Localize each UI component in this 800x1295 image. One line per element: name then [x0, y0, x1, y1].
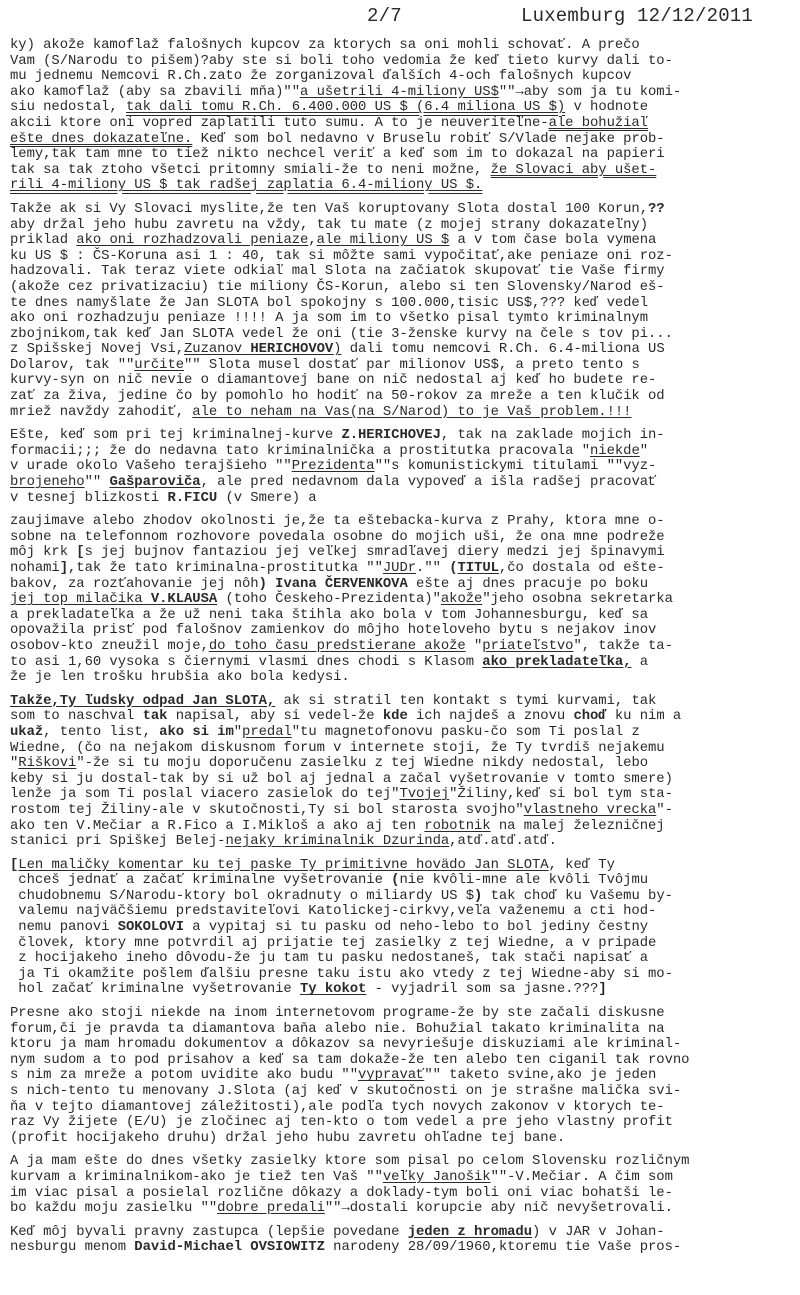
- text-segment: som to naschval: [10, 708, 143, 724]
- text-line: (akože cez privatizaciu) tie miliony ČS-…: [10, 280, 795, 296]
- text-line: nemu panovi SOKOLOVI a vypitaj si tu pas…: [10, 920, 795, 936]
- text-segment: ": [234, 724, 242, 740]
- text-segment: ": [640, 443, 648, 459]
- text-line: [Len maličky komentar ku tej paske Ty pr…: [10, 858, 795, 874]
- emphasized-text: Z.HERICHOVEJ: [341, 427, 440, 443]
- text-segment: "Žiliny,keď si bol tym sta-: [449, 786, 673, 802]
- text-segment: bo každu moju zasielku "": [10, 1200, 217, 1216]
- emphasized-text: a ušetrili 4-miliony US$: [300, 84, 499, 100]
- text-segment: ""→dostali korupcie aby nič nevyšetroval…: [325, 1200, 673, 1216]
- text-segment: zaujimave alebo zhodov okolnosti je,že t…: [10, 513, 665, 529]
- text-line: mu jednemu Nemcovi R.Ch.zato že zorganiz…: [10, 69, 795, 85]
- emphasized-text: ešte dnes dokazateľne.: [10, 131, 192, 147]
- emphasized-text: Takže,Ty ľudsky odpad Jan SLOTA,: [10, 693, 275, 709]
- text-segment: rostom tej Žiliny-ale v skutočnosti,Ty s…: [10, 802, 524, 818]
- text-segment: - vyjadril som sa jasne.???: [366, 981, 598, 997]
- text-line: bo každu moju zasielku ""dobre predali""…: [10, 1201, 795, 1217]
- text-segment: s jej bujnov fantaziou jej veľkej smradľ…: [85, 544, 665, 560]
- text-line: kurvy-syn on nič nevie o diamantovej ban…: [10, 373, 795, 389]
- text-line: forum,či je pravda ta diamantova baňa al…: [10, 1022, 795, 1038]
- text-segment: Keď som bol nedavno v Bruselu robiť S/Vl…: [192, 131, 664, 147]
- text-line: chceš jednať a začať kriminalne vyšetrov…: [10, 873, 795, 889]
- emphasized-text: JUDr: [383, 560, 416, 576]
- text-line: s nich-tento tu menovany J.Slota (aj keď…: [10, 1084, 795, 1100]
- text-line: tak sa tak ztoho všetci pritomny smiali-…: [10, 163, 795, 179]
- text-segment: nesburgu menom: [10, 1239, 134, 1255]
- text-segment: ky) akože kamoflaž falošnych kupcov za k…: [10, 37, 640, 53]
- text-segment: stanici pri Spiškej Belej-: [10, 833, 225, 849]
- page-header: 2/7 Luxemburg 12/12/2011: [0, 5, 800, 29]
- emphasized-text: jeden z hromadu: [408, 1224, 532, 1240]
- text-segment: formacii;;; že do nedavna tato kriminaln…: [10, 443, 590, 459]
- text-line: opovažila prisť pod falošnov zamienkov d…: [10, 623, 795, 639]
- text-line: Ešte, keď som pri tej kriminalnej-kurve …: [10, 428, 795, 444]
- text-line: nohami],tak že tato kriminalna-prostitut…: [10, 561, 795, 577]
- text-line: a prekladateľka a že už neni taka štihla…: [10, 608, 795, 624]
- emphasized-text: tak dali tomu R.Ch. 6.400.000 US $ (6.4 …: [126, 99, 565, 115]
- emphasized-text: kde: [383, 708, 408, 724]
- text-segment: sobne na telefonnom rozhovore povedala o…: [10, 529, 665, 545]
- text-segment: , keď Ty: [549, 857, 615, 873]
- text-segment: zať za živa, jedine čo by pomohlo ho hod…: [10, 388, 665, 404]
- text-segment: [267, 576, 275, 592]
- emphasized-text: ako oni rozhadzovali peniaze: [76, 232, 308, 248]
- text-segment: zbojnikom,tak keď Jan SLOTA vedel že oni…: [10, 326, 673, 342]
- text-segment: mu jednemu Nemcovi R.Ch.zato že zorganiz…: [10, 68, 631, 84]
- emphasized-text: Gašparoviča: [109, 474, 200, 490]
- emphasized-text: jej top milačika: [10, 591, 151, 607]
- emphasized-text: ako prekladateľka,: [482, 654, 631, 670]
- text-segment: ) v JAR v Johan-: [532, 1224, 665, 1240]
- text-line: to asi 1,60 vysoka s čiernymi vlasmi dne…: [10, 655, 795, 671]
- text-segment: ako kamoflaž (aby sa zbavili mňa)"": [10, 84, 300, 100]
- text-line: A ja mam ešte do dnes všetky zasielky kt…: [10, 1154, 795, 1170]
- text-segment: ,atď.atď.atď.: [449, 833, 557, 849]
- text-line: môj krk [s jej bujnov fantaziou jej veľk…: [10, 545, 795, 561]
- text-segment: chceš jednať a začať kriminalne vyšetrov…: [10, 872, 391, 888]
- text-segment: a prekladateľka a že už neni taka štihla…: [10, 607, 648, 623]
- emphasized-text: ale miliony US $: [317, 232, 450, 248]
- emphasized-text: tak: [143, 708, 168, 724]
- text-segment: (profit hocijakeho druhu) držal jeho hub…: [10, 1130, 565, 1146]
- paragraph: Keď môj byvali pravny zastupca (lepšie p…: [10, 1225, 795, 1256]
- paragraph: Ešte, keď som pri tej kriminalnej-kurve …: [10, 428, 795, 506]
- text-line: ktoru ja mam hromadu dokumentov a dôkazo…: [10, 1037, 795, 1053]
- text-segment: nie kvôli-mne ale kvôli Tvôjmu: [399, 872, 648, 888]
- text-segment: osobov-kto zneužil moje,: [10, 638, 209, 654]
- text-segment: napisal, aby si vedel-že: [167, 708, 382, 724]
- emphasized-text: veľky Janošik: [383, 1169, 491, 1185]
- text-line: rili 4-miliony US $ tak radšej zaplatia …: [10, 178, 795, 194]
- text-line: priklad ako oni rozhadzovali peniaze,ale…: [10, 233, 795, 249]
- text-segment: nohami: [10, 560, 60, 576]
- text-line: "Riškovi"-že si tu moju doporučenu zasie…: [10, 756, 795, 772]
- text-segment: ": [466, 638, 483, 654]
- text-line: ukaž, tento list, ako si im"predal"tu ma…: [10, 725, 795, 741]
- emphasized-text: vlastneho vrecka: [524, 802, 657, 818]
- text-line: v urade okolo Vašeho terajšieho ""Prezid…: [10, 459, 795, 475]
- letter-body: ky) akože kamoflaž falošnych kupcov za k…: [10, 38, 795, 1256]
- text-line: že je len trošku hrubšia ako bola kedysi…: [10, 670, 795, 686]
- emphasized-text: ): [259, 576, 267, 592]
- text-segment: Takže ak si Vy Slovaci myslite,že ten Va…: [10, 201, 648, 217]
- text-line: Takže ak si Vy Slovaci myslite,že ten Va…: [10, 202, 795, 218]
- text-segment: nemu panovi: [10, 919, 118, 935]
- text-line: Wiedne, (čo na nejakom diskusnom forum v…: [10, 741, 795, 757]
- text-line: Keď môj byvali pravny zastupca (lepšie p…: [10, 1225, 795, 1241]
- text-segment: ,tak že tato kriminalna-prostitutka "": [68, 560, 383, 576]
- emphasized-text: Ivana ČERVENKOVA: [275, 576, 408, 592]
- paragraph: Presne ako stoji niekde na inom internet…: [10, 1006, 795, 1146]
- text-segment: človek, ktory mne potvrdil aj prijatie t…: [10, 935, 656, 951]
- paragraph: zaujimave alebo zhodov okolnosti je,že t…: [10, 514, 795, 686]
- emphasized-text: R.FICU: [167, 490, 217, 506]
- text-segment: na malej železničnej: [491, 818, 665, 834]
- text-segment: narodeny 28/09/1960,ktoremu tie Vaše pro…: [325, 1239, 681, 1255]
- text-segment: te dnes namyšlate že Jan SLOTA bol spoko…: [10, 295, 648, 311]
- text-segment: Ešte, keď som pri tej kriminalnej-kurve: [10, 427, 341, 443]
- text-segment: ešte aj dnes pracuje po boku: [408, 576, 648, 592]
- text-line: sobne na telefonnom rozhovore povedala o…: [10, 530, 795, 546]
- text-segment: raz Vy žijete (E/U) je zločinec aj ten-k…: [10, 1114, 673, 1130]
- text-segment: "jeho osobna sekretarka: [482, 591, 673, 607]
- text-line: ňa v tejto diamantovej záležitosti),ale …: [10, 1100, 795, 1116]
- text-line: z Spišskej Novej Vsi,Zuzanov HERICHOVOV)…: [10, 342, 795, 358]
- text-line: stanici pri Spiškej Belej-nejaky krimina…: [10, 834, 795, 850]
- emphasized-text: niekde: [590, 443, 640, 459]
- text-line: Presne ako stoji niekde na inom internet…: [10, 1006, 795, 1022]
- text-line: som to naschval tak napisal, aby si vede…: [10, 709, 795, 725]
- text-segment: keby si ju dostal-tak by si už bol aj je…: [10, 771, 673, 787]
- text-line: zbojnikom,tak keď Jan SLOTA vedel že oni…: [10, 327, 795, 343]
- text-segment: kurvam a kriminalnikom-ako je tiež ten V…: [10, 1169, 383, 1185]
- text-line: ako ten V.Mečiar a R.Fico a I.Mikloš a a…: [10, 819, 795, 835]
- text-segment: kurvy-syn on nič nevie o diamantovej ban…: [10, 372, 656, 388]
- text-line: ku US $ : ČS-Koruna asi 1 : 40, tak si m…: [10, 249, 795, 265]
- text-segment: a: [631, 654, 648, 670]
- emphasized-text: V.KLAUSA: [151, 591, 217, 607]
- text-segment: , tak na zaklade mojich in-: [441, 427, 665, 443]
- text-line: jej top milačika V.KLAUSA (toho Českeho-…: [10, 592, 795, 608]
- text-line: raz Vy žijete (E/U) je zločinec aj ten-k…: [10, 1115, 795, 1131]
- emphasized-text: HERICHOVOV: [250, 341, 333, 357]
- text-line: zať za živa, jedine čo by pomohlo ho hod…: [10, 389, 795, 405]
- emphasized-text: Tvojej: [399, 786, 449, 802]
- emphasized-text: ]: [60, 560, 68, 576]
- text-line: Dolarov, tak ""určite"" Slota musel dost…: [10, 358, 795, 374]
- text-line: hol začať kriminalne vyšetrovanie Ty kok…: [10, 982, 795, 998]
- text-segment: priklad: [10, 232, 76, 248]
- emphasized-text: ale to neham na Vas(na S/Narod) to je Va…: [192, 404, 631, 420]
- paragraph: Takže ak si Vy Slovaci myslite,že ten Va…: [10, 202, 795, 420]
- text-line: ja Ti okamžite pošlem ďalšiu presne taku…: [10, 967, 795, 983]
- text-segment: "": [85, 474, 110, 490]
- text-segment: forum,či je pravda ta diamantova baňa al…: [10, 1021, 665, 1037]
- text-segment: ich najdeš a znovu: [408, 708, 574, 724]
- emphasized-text: priateľstvo: [482, 638, 573, 654]
- text-segment: ""-V.Mečiar. A čim som: [491, 1169, 673, 1185]
- text-line: lemy,tak tam mne to tiež nikto nechcel v…: [10, 147, 795, 163]
- emphasized-text: ??: [648, 201, 665, 217]
- text-segment: z Spišskej Novej Vsi,: [10, 341, 184, 357]
- text-segment: hadzovali. Tak teraz viete odkiaľ mal Sl…: [10, 263, 665, 279]
- text-segment: Presne ako stoji niekde na inom internet…: [10, 1005, 665, 1021]
- text-line: človek, ktory mne potvrdil aj prijatie t…: [10, 936, 795, 952]
- text-line: v tesnej blizkosti R.FICU (v Smere) a: [10, 491, 795, 507]
- emphasized-text: [: [76, 544, 84, 560]
- text-line: bakov, za rozťahovanie jej nôh) Ivana ČE…: [10, 577, 795, 593]
- text-segment: bakov, za rozťahovanie jej nôh: [10, 576, 259, 592]
- text-segment: im viac pisal a posielal rozlične dôkazy…: [10, 1185, 673, 1201]
- text-segment: Vam (S/Narodu to pišem)?aby ste si boli …: [10, 53, 673, 69]
- emphasized-text: vypravať: [358, 1067, 424, 1083]
- emphasized-text: ako si im: [159, 724, 234, 740]
- text-line: z hocijakeho ineho dôvodu-že ju tam tu p…: [10, 951, 795, 967]
- text-line: nesburgu menom David-Michael OVSIOWITZ n…: [10, 1240, 795, 1256]
- text-line: akcii ktore oni vopred zaplatili tuto su…: [10, 116, 795, 132]
- text-line: hadzovali. Tak teraz viete odkiaľ mal Sl…: [10, 264, 795, 280]
- text-segment: aby držal jeho hubu zavretu na vždy, tak…: [10, 217, 648, 233]
- emphasized-text: Ty kokot: [300, 981, 366, 997]
- text-segment: ", takže ta-: [573, 638, 672, 654]
- text-segment: (akože cez privatizaciu) tie miliony ČS-…: [10, 279, 665, 295]
- emphasized-text: Zuzanov: [184, 341, 250, 357]
- text-line: rostom tej Žiliny-ale v skutočnosti,Ty s…: [10, 803, 795, 819]
- emphasized-text: choď: [573, 708, 606, 724]
- text-line: im viac pisal a posielal rozlične dôkazy…: [10, 1186, 795, 1202]
- text-segment: ."": [416, 560, 449, 576]
- text-segment: s nich-tento tu menovany J.Slota (aj keď…: [10, 1083, 681, 1099]
- emphasized-text: že Slovaci aby ušet-: [491, 162, 657, 178]
- place-and-date: Luxemburg 12/12/2011: [521, 5, 753, 27]
- emphasized-text: TITUL: [457, 560, 498, 576]
- text-segment: (toho Českeho-Prezidenta)": [217, 591, 441, 607]
- text-segment: ako ten V.Mečiar a R.Fico a I.Mikloš a a…: [10, 818, 424, 834]
- text-line: ako kamoflaž (aby sa zbavili mňa)""a uše…: [10, 85, 795, 101]
- emphasized-text: predal: [242, 724, 292, 740]
- text-line: ešte dnes dokazateľne. Keď som bol nedav…: [10, 132, 795, 148]
- text-segment: ak si stratil ten kontakt s tymi kurvami…: [275, 693, 656, 709]
- text-line: s nim za mreže a potom uvidite ako budu …: [10, 1068, 795, 1084]
- text-line: lenže ja som Ti poslal viacero zasielok …: [10, 787, 795, 803]
- text-segment: a vypitaj si tu pasku od neho-lebo to bo…: [184, 919, 648, 935]
- text-segment: lemy,tak tam mne to tiež nikto nechcel v…: [10, 146, 665, 162]
- text-segment: ,: [308, 232, 316, 248]
- text-segment: ku nim a: [607, 708, 682, 724]
- text-segment: "tu magnetofonovu pasku-čo som Ti poslal…: [292, 724, 640, 740]
- emphasized-text: Riškovi: [18, 755, 76, 771]
- text-line: (profit hocijakeho druhu) držal jeho hub…: [10, 1131, 795, 1147]
- text-segment: ňa v tejto diamantovej záležitosti),ale …: [10, 1099, 665, 1115]
- text-segment: ktoru ja mam hromadu dokumentov a dôkazo…: [10, 1036, 681, 1052]
- text-line: formacii;;; že do nedavna tato kriminaln…: [10, 444, 795, 460]
- text-segment: chudobnemu S/Narodu-ktory bol okradnuty …: [10, 888, 474, 904]
- text-segment: tak sa tak ztoho všetci pritomny smiali-…: [10, 162, 491, 178]
- paragraph: A ja mam ešte do dnes všetky zasielky kt…: [10, 1154, 795, 1216]
- paragraph: ky) akože kamoflaž falošnych kupcov za k…: [10, 38, 795, 194]
- text-segment: v urade okolo Vašeho terajšieho "": [10, 458, 292, 474]
- text-segment: valemu najväčšiemu predstaviteľovi Katol…: [10, 903, 656, 919]
- text-segment: ja Ti okamžite pošlem ďalšiu presne taku…: [10, 966, 673, 982]
- text-segment: mriež navždy zahodiť,: [10, 404, 192, 420]
- paragraph: [Len maličky komentar ku tej paske Ty pr…: [10, 858, 795, 998]
- emphasized-text: dobre predali: [217, 1200, 325, 1216]
- text-segment: môj krk: [10, 544, 76, 560]
- text-segment: ""s komunistickymi titulami ""vyz-: [375, 458, 657, 474]
- text-segment: opovažila prisť pod falošnov zamienkov d…: [10, 622, 656, 638]
- text-line: brojeneho"" Gašparoviča, ale pred nedavn…: [10, 475, 795, 491]
- text-segment: "-: [656, 802, 673, 818]
- text-segment: v hodnote: [565, 99, 648, 115]
- text-segment: akcii ktore oni vopred zaplatili tuto su…: [10, 115, 549, 131]
- emphasized-text: SOKOLOVI: [118, 919, 184, 935]
- emphasized-text: Len maličky komentar ku tej paske Ty pri…: [18, 857, 548, 873]
- text-segment: , tento list,: [43, 724, 159, 740]
- text-segment: tak choď ku Vašemu by-: [482, 888, 673, 904]
- text-line: ako oni rozhadzuju peniaze !!!! A ja som…: [10, 311, 795, 327]
- text-segment: to asi 1,60 vysoka s čiernymi vlasmi dne…: [10, 654, 482, 670]
- text-segment: a v tom čase bola vymena: [449, 232, 656, 248]
- emphasized-text: Prezidenta: [292, 458, 375, 474]
- text-segment: čo na nejakom diskusnom forum v internet…: [85, 740, 665, 756]
- text-line: Takže,Ty ľudsky odpad Jan SLOTA, ak si s…: [10, 694, 795, 710]
- text-segment: hol začať kriminalne vyšetrovanie: [10, 981, 300, 997]
- text-segment: ako oni rozhadzuju peniaze !!!! A ja som…: [10, 310, 648, 326]
- text-line: Vam (S/Narodu to pišem)?aby ste si boli …: [10, 54, 795, 70]
- text-line: aby držal jeho hubu zavretu na vždy, tak…: [10, 218, 795, 234]
- emphasized-text: rili 4-miliony US $ tak radšej zaplatia …: [10, 177, 482, 193]
- emphasized-text: David-Michael OVSIOWITZ: [134, 1239, 325, 1255]
- text-segment: (v Smere) a: [217, 490, 316, 506]
- emphasized-text: nejaky kriminalnik Dzurinda: [225, 833, 449, 849]
- emphasized-text: akože: [441, 591, 482, 607]
- text-segment: ku US $ : ČS-Koruna asi 1 : 40, tak si m…: [10, 248, 673, 264]
- emphasized-text: určite: [134, 357, 184, 373]
- text-segment: , ale pred nedavnom dala vypoveď a išla …: [201, 474, 657, 490]
- emphasized-text: ]: [598, 981, 606, 997]
- text-segment: že je len trošku hrubšia ako bola kedysi…: [10, 669, 350, 685]
- emphasized-text: ale bohužiaľ: [549, 115, 648, 131]
- text-segment: nym sudom a to pod prisahov a keď sa tam…: [10, 1052, 689, 1068]
- text-segment: v tesnej blizkosti: [10, 490, 167, 506]
- emphasized-text: robotnik: [424, 818, 490, 834]
- text-line: mriež navždy zahodiť, ale to neham na Va…: [10, 405, 795, 421]
- text-line: siu nedostal, tak dali tomu R.Ch. 6.400.…: [10, 100, 795, 116]
- paragraph: Takže,Ty ľudsky odpad Jan SLOTA, ak si s…: [10, 694, 795, 850]
- text-segment: Wiedne, (: [10, 740, 85, 756]
- emphasized-text: brojeneho: [10, 474, 85, 490]
- text-line: te dnes namyšlate že Jan SLOTA bol spoko…: [10, 296, 795, 312]
- text-segment: "" Slota musel dostať par milionov US$, …: [184, 357, 640, 373]
- page-number: 2/7: [367, 5, 402, 27]
- text-line: ky) akože kamoflaž falošnych kupcov za k…: [10, 38, 795, 54]
- text-line: keby si ju dostal-tak by si už bol aj je…: [10, 772, 795, 788]
- text-segment: "-že si tu moju doporučenu zasielku z te…: [76, 755, 648, 771]
- text-line: valemu najväčšiemu predstaviteľovi Katol…: [10, 904, 795, 920]
- emphasized-text: do toho času predstierane akože: [209, 638, 466, 654]
- text-segment: z hocijakeho ineho dôvodu-že ju tam tu p…: [10, 950, 648, 966]
- text-segment: s nim za mreže a potom uvidite ako budu …: [10, 1067, 358, 1083]
- text-segment: ,čo dostala od ešte-: [499, 560, 665, 576]
- text-line: kurvam a kriminalnikom-ako je tiež ten V…: [10, 1170, 795, 1186]
- emphasized-text: ukaž: [10, 724, 43, 740]
- text-segment: "" taketo svine,ako je jeden: [424, 1067, 656, 1083]
- text-segment: siu nedostal,: [10, 99, 126, 115]
- text-segment: Keď môj byvali pravny zastupca (lepšie p…: [10, 1224, 408, 1240]
- text-segment: lenže ja som Ti poslal viacero zasielok …: [10, 786, 399, 802]
- text-line: zaujimave alebo zhodov okolnosti je,že t…: [10, 514, 795, 530]
- text-line: chudobnemu S/Narodu-ktory bol okradnuty …: [10, 889, 795, 905]
- text-segment: A ja mam ešte do dnes všetky zasielky kt…: [10, 1153, 689, 1169]
- text-line: osobov-kto zneužil moje,do toho času pre…: [10, 639, 795, 655]
- text-segment: ""→aby som ja tu komi-: [499, 84, 681, 100]
- text-line: nym sudom a to pod prisahov a keď sa tam…: [10, 1053, 795, 1069]
- text-segment: Dolarov, tak "": [10, 357, 134, 373]
- text-segment: dali tomu nemcovi R.Ch. 6.4-miliona US: [341, 341, 664, 357]
